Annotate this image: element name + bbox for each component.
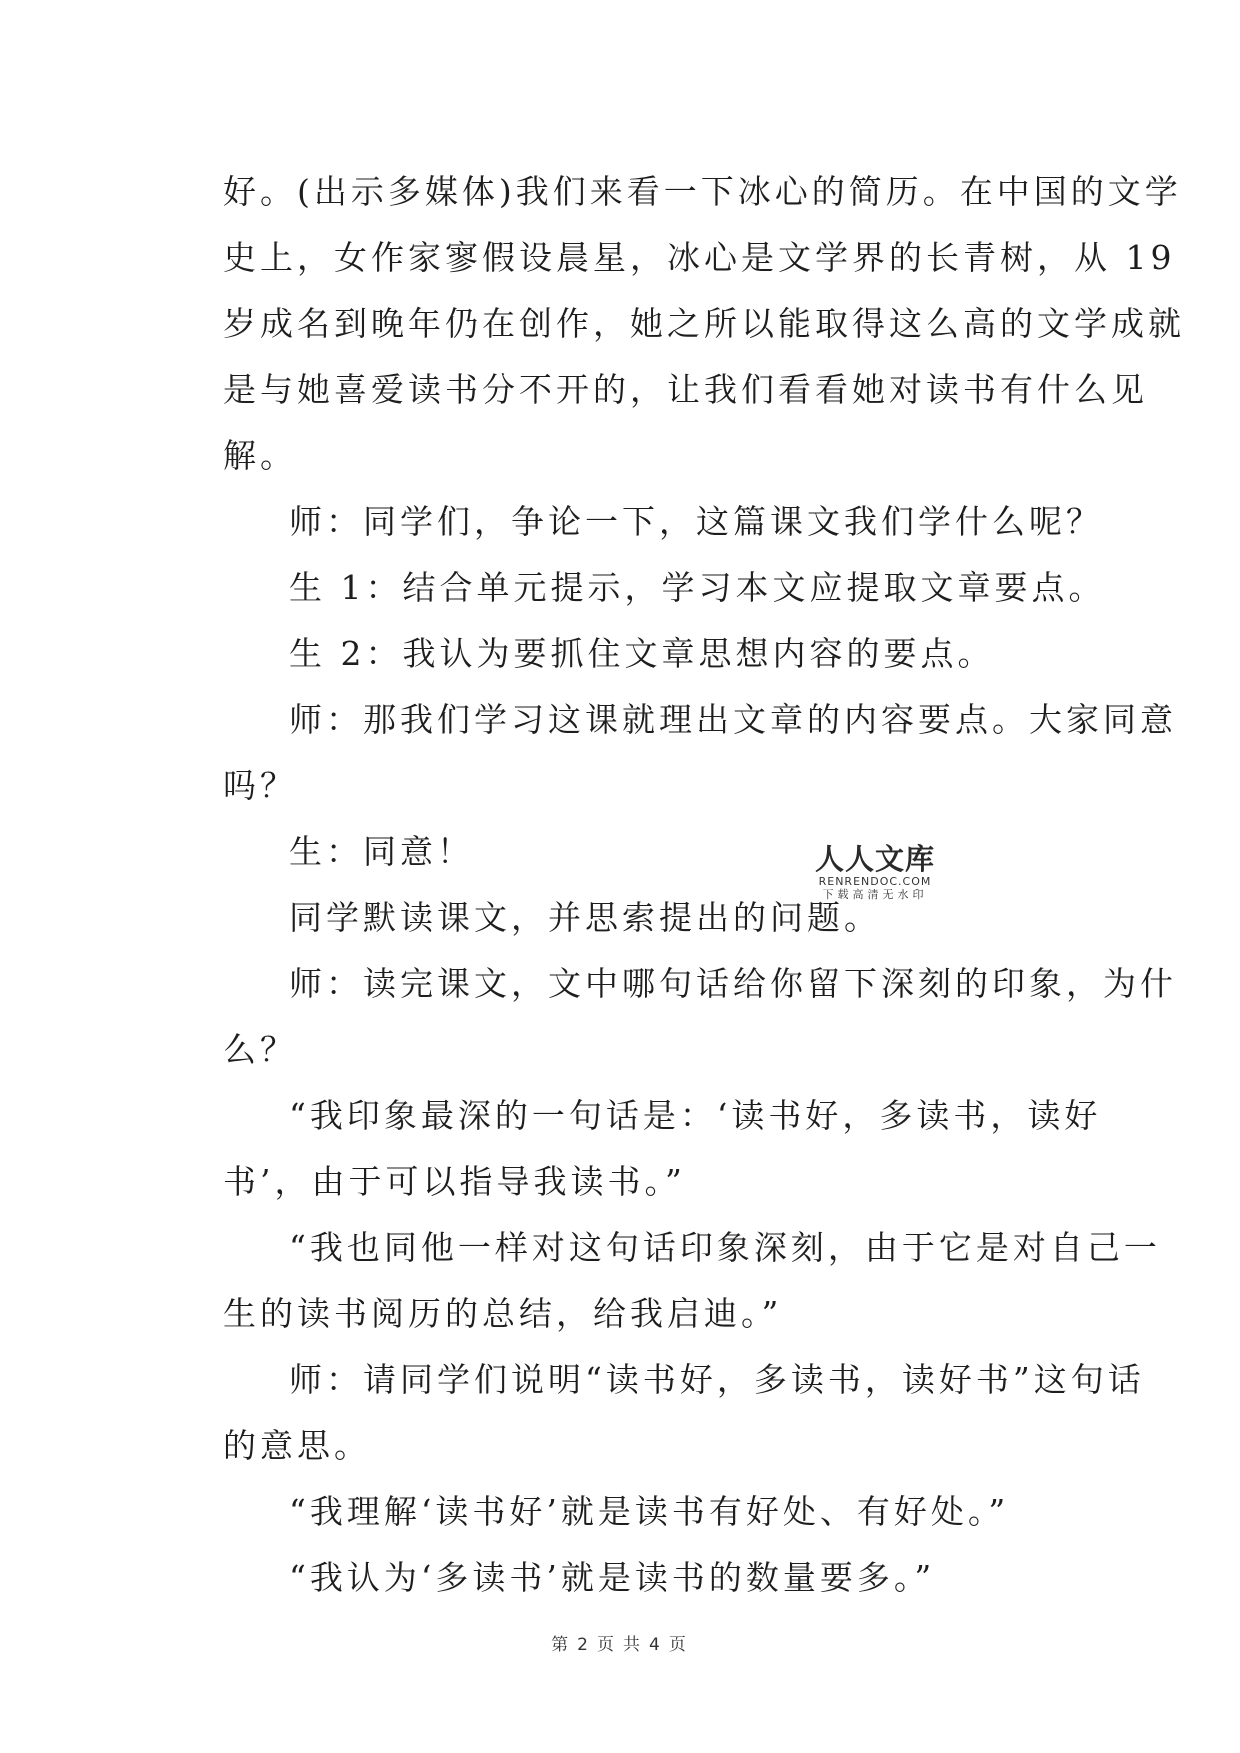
- renrendoc-watermark: 人人文库 RENRENDOC.COM 下载高清无水印: [810, 843, 940, 902]
- text-line: 岁成名到晚年仍在创作，她之所以能取得这么高的文学成就: [223, 304, 1185, 344]
- text-line: 吗？: [223, 766, 297, 806]
- text-line: 书’，由于可以指导我读书。”: [223, 1162, 686, 1202]
- text-line: 同学默读课文，并思索提出的问题。: [289, 898, 881, 938]
- document-page: 好。(出示多媒体)我们来看一下冰心的简历。在中国的文学史上，女作家寥假设晨星，冰…: [0, 0, 1240, 1753]
- text-line: 生：同意！: [289, 832, 474, 872]
- page-footer: 第2页共4页: [0, 1630, 1240, 1655]
- text-line: 生 2：我认为要抓住文章思想内容的要点。: [289, 634, 995, 674]
- text-line: “我认为‘多读书’就是读书的数量要多。”: [289, 1558, 935, 1598]
- text-line: 师：那我们学习这课就理出文章的内容要点。大家同意: [289, 700, 1177, 740]
- text-line: 么？: [223, 1030, 297, 1070]
- text-line: 解。: [223, 436, 297, 476]
- text-line: 师：请同学们说明“读书好，多读书，读好书”这句话: [289, 1360, 1145, 1400]
- text-line: 师：同学们，争论一下，这篇课文我们学什么呢？: [289, 502, 1103, 542]
- footer-total-prefix: 共: [623, 1635, 643, 1655]
- text-line: 的意思。: [223, 1426, 371, 1466]
- text-line: 好。(出示多媒体)我们来看一下冰心的简历。在中国的文学: [223, 172, 1182, 212]
- text-line: 是与她喜爱读书分不开的，让我们看看她对读书有什么见: [223, 370, 1148, 410]
- footer-prefix: 第: [551, 1635, 571, 1655]
- text-line: “我印象最深的一句话是：‘读书好，多读书，读好: [289, 1096, 1101, 1136]
- watermark-title: 人人文库: [810, 843, 940, 875]
- footer-total-pages: 4: [649, 1635, 663, 1655]
- text-line: 师：读完课文，文中哪句话给你留下深刻的印象，为什: [289, 964, 1177, 1004]
- footer-total-suffix: 页: [669, 1635, 689, 1655]
- text-line: 史上，女作家寥假设晨星，冰心是文学界的长青树，从 19: [223, 238, 1175, 278]
- footer-current-page: 2: [577, 1635, 591, 1655]
- text-line: 生的读书阅历的总结，给我启迪。”: [223, 1294, 782, 1334]
- watermark-subtitle: 下载高清无水印: [810, 888, 940, 902]
- watermark-url: RENRENDOC.COM: [810, 875, 940, 888]
- footer-page-word: 页: [597, 1635, 617, 1655]
- text-line: “我理解‘读书好’就是读书有好处、有好处。”: [289, 1492, 1009, 1532]
- text-line: 生 1：结合单元提示，学习本文应提取文章要点。: [289, 568, 1106, 608]
- text-line: “我也同他一样对这句话印象深刻，由于它是对自己一: [289, 1228, 1161, 1268]
